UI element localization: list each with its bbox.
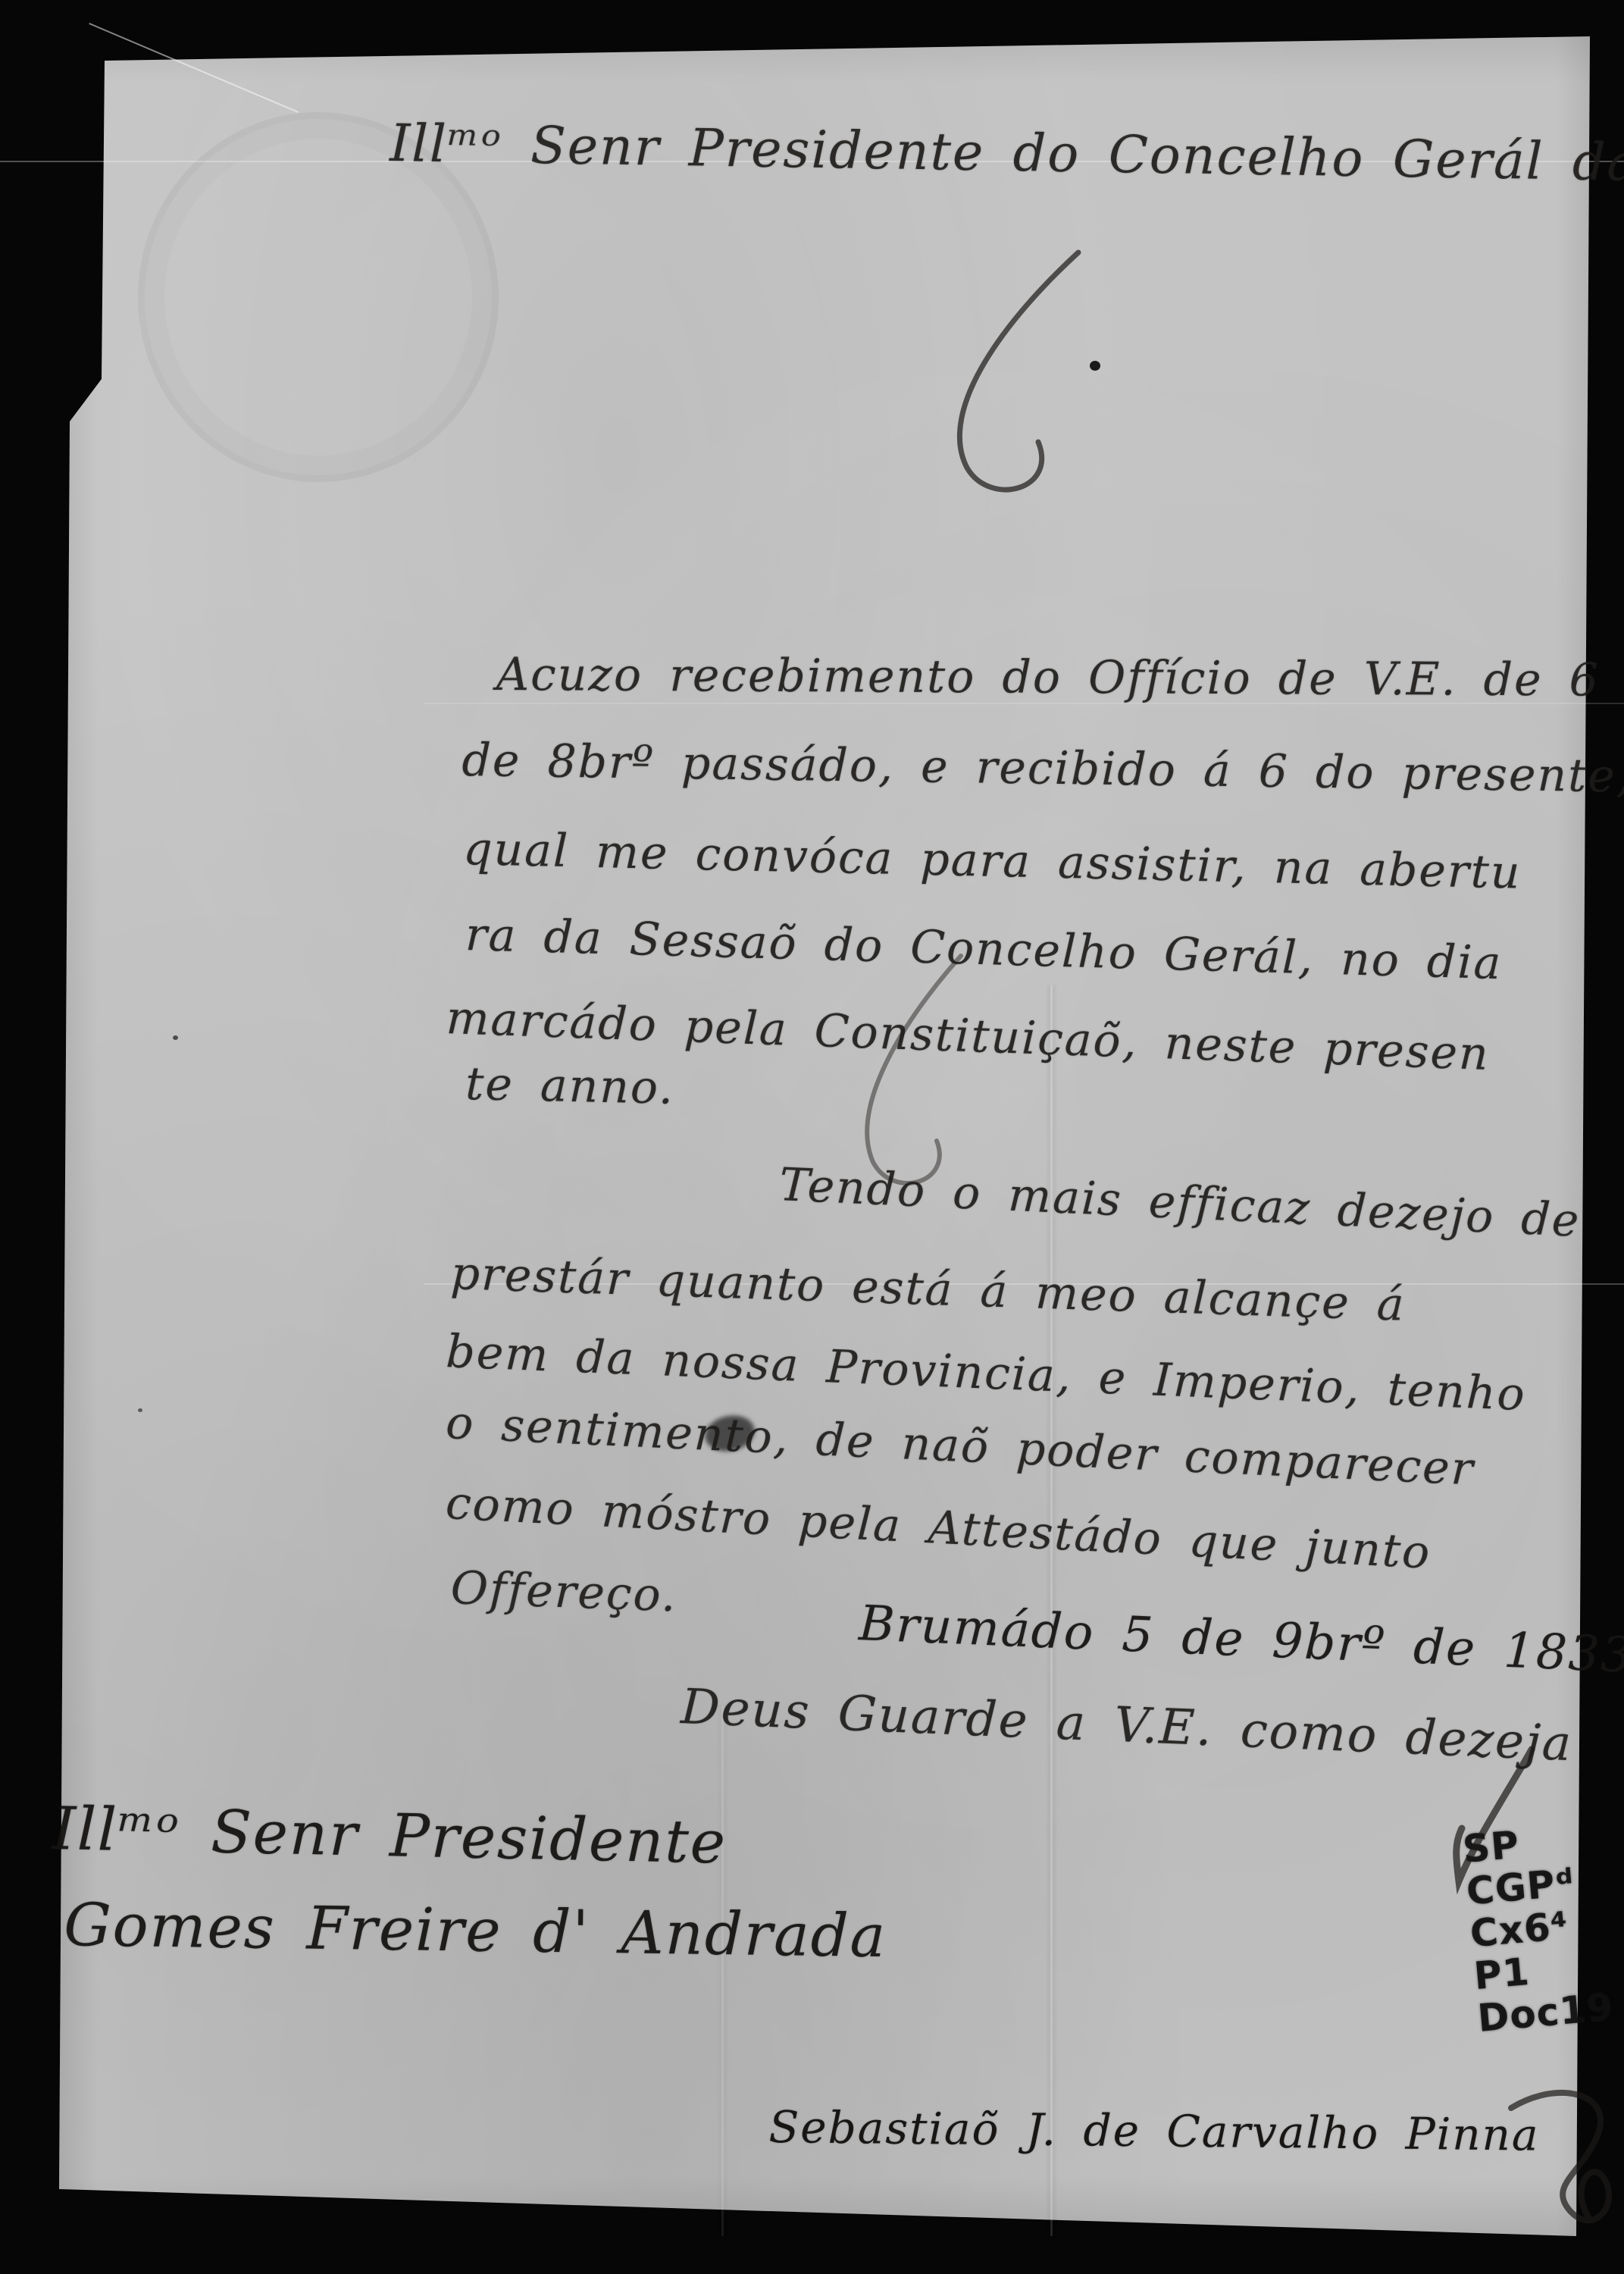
signature-flourish bbox=[1500, 2073, 1624, 2259]
ink-dot bbox=[138, 1408, 142, 1412]
addressee-line-1: Illᵐᵒ Senr Presidente bbox=[52, 1795, 728, 1878]
ink-dot bbox=[1090, 361, 1100, 371]
valediction-flourish bbox=[1436, 1743, 1550, 1895]
paper-crease bbox=[721, 1705, 724, 2236]
body-line: Acuzo recebimento do Offício de V.E. de … bbox=[496, 648, 1600, 707]
signature-line: Sebastiaõ J. de Carvalho Pinna bbox=[768, 2101, 1540, 2161]
body-line: Offereço. bbox=[450, 1561, 678, 1622]
header-flourish bbox=[923, 246, 1090, 508]
addressee-line-2: Gomes Freire d' Andrada bbox=[64, 1891, 887, 1971]
body-line: te anno. bbox=[465, 1057, 675, 1115]
body-c-flourish bbox=[840, 951, 968, 1201]
letter-scan-stage: Illᵐᵒ Senr Presidente do Concelho Gerál … bbox=[0, 0, 1624, 2274]
ink-dot bbox=[173, 1035, 178, 1040]
